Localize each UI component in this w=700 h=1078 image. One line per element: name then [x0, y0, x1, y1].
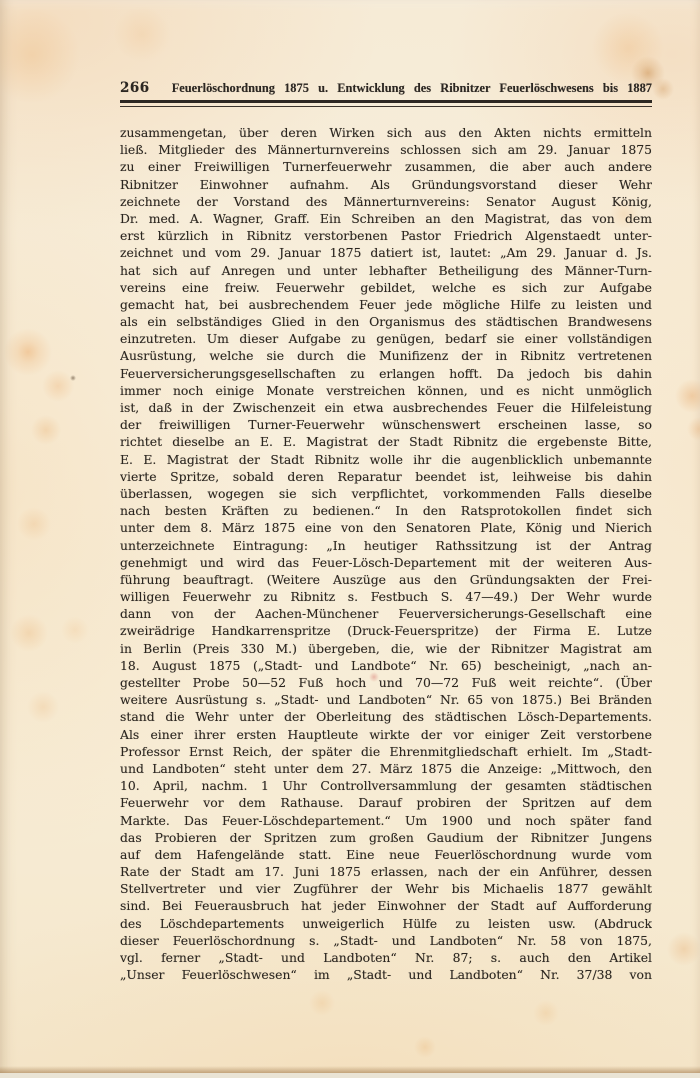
- text-line: richtet dieselbe an E. E. Magistrat der …: [120, 433, 652, 450]
- text-line: unterzeichnete Eintragung: „In heutiger …: [120, 537, 652, 554]
- text-line: zeichnet und vom 29. Januar 1875 datiert…: [120, 244, 652, 261]
- text-line: zu einer Freiwilligen Turnerfeuerwehr zu…: [120, 158, 652, 175]
- text-line: vereins eine freiw. Feuerwehr gebildet, …: [120, 279, 652, 296]
- text-line: das Probieren der Spritzen zum großen Ga…: [120, 829, 652, 846]
- header-rule-thick: [120, 100, 652, 103]
- text-line: Dr. med. A. Wagner, Graff. Ein Schreiben…: [120, 210, 652, 227]
- page-edge-shadow: [0, 1066, 700, 1073]
- text-line: einzutreten. Um dieser Aufgabe zu genüge…: [120, 330, 652, 347]
- text-line: führung beauftragt. (Weitere Auszüge aus…: [120, 571, 652, 588]
- text-line: willigen Feuerwehr zu Ribnitz s. Festbuc…: [120, 588, 652, 605]
- text-line: vgl. ferner „Stadt- und Landboten“ Nr. 8…: [120, 949, 652, 966]
- text-line: Feuerversicherungsgesellschaften zu erla…: [120, 365, 652, 382]
- text-line: Feuerwehr vor dem Rathause. Darauf probi…: [120, 794, 652, 811]
- text-line: Ausrüstung, welche sie durch die Munifiz…: [120, 347, 652, 364]
- text-line: „Unser Feuerlöschwesen“ im „Stadt- und L…: [120, 966, 652, 983]
- text-line: der freiwilligen Turner-Feuerwehr wünsch…: [120, 416, 652, 433]
- text-line: und Landboten“ steht unter dem 27. März …: [120, 760, 652, 777]
- text-line: Markte. Das Feuer-Löschdepartement.“ Um …: [120, 812, 652, 829]
- text-line: Ribnitzer Einwohner aufnahm. Als Gründun…: [120, 176, 652, 193]
- text-line: immer noch einige Monate verstreichen kö…: [120, 382, 652, 399]
- text-line: zeichnete der Vorstand des Männerturnver…: [120, 193, 652, 210]
- text-line: zusammengetan, über deren Wirken sich au…: [120, 124, 652, 141]
- text-line: E. E. Magistrat der Stadt Ribnitz wolle …: [120, 451, 652, 468]
- text-line: gemacht hat, bei ausbrechendem Feuer jed…: [120, 296, 652, 313]
- text-line: Stellvertreter und vier Zugführer der We…: [120, 880, 652, 897]
- text-line: Als einer ihrer ersten Hauptleute wirkte…: [120, 726, 652, 743]
- text-line: ließ. Mitglieder des Männerturnvereins s…: [120, 141, 652, 158]
- text-line: stand die Wehr unter der Oberleitung des…: [120, 708, 652, 725]
- page-number: 266: [120, 80, 150, 96]
- text-line: Professor Ernst Reich, der später die Eh…: [120, 743, 652, 760]
- text-line: erst kürzlich in Ribnitz verstorbenen Pa…: [120, 227, 652, 244]
- text-line: überlassen, wogegen sie sich verpflichte…: [120, 485, 652, 502]
- text-line: dieser Feuerlöschordnung s. „Stadt- und …: [120, 932, 652, 949]
- text-line: 10. April, nachm. 1 Uhr Controllversamml…: [120, 777, 652, 794]
- text-line: 18. August 1875 („Stadt- und Landbote“ N…: [120, 657, 652, 674]
- text-line: ist, daß in der Zwischenzeit ein etwa au…: [120, 399, 652, 416]
- text-line: vierte Spritze, sobald deren Reparatur b…: [120, 468, 652, 485]
- page-header: 266 Feuerlöschordnung 1875 u. Entwicklun…: [120, 80, 652, 98]
- text-line: Rate der Stadt am 17. Juni 1875 erlassen…: [120, 863, 652, 880]
- body-text: zusammengetan, über deren Wirken sich au…: [120, 124, 652, 983]
- scan-bottom-edge: [0, 1073, 700, 1078]
- text-line: genehmigt und wird das Feuer-Lösch-Depar…: [120, 554, 652, 571]
- text-line: in Berlin (Preis 330 M.) übergeben, die,…: [120, 640, 652, 657]
- text-line: hat sich auf Anregen und unter lebhafter…: [120, 262, 652, 279]
- running-title: Feuerlöschordnung 1875 u. Entwicklung de…: [172, 81, 652, 96]
- header-rule-thin: [120, 106, 652, 107]
- text-line: zweirädrige Handkarrenspritze (Druck-Feu…: [120, 622, 652, 639]
- text-line: dann von der Aachen-Münchener Feuerversi…: [120, 605, 652, 622]
- text-line: nach besten Kräften zu bedienen.“ In den…: [120, 502, 652, 519]
- text-line: weitere Ausrüstung s. „Stadt- und Landbo…: [120, 691, 652, 708]
- text-line: auf dem Hafengelände statt. Eine neue Fe…: [120, 846, 652, 863]
- text-line: als ein selbständiges Glied in den Organ…: [120, 313, 652, 330]
- text-line: unter dem 8. März 1875 eine von den Sena…: [120, 519, 652, 536]
- text-line: sind. Bei Feuerausbruch hat jeder Einwoh…: [120, 897, 652, 914]
- text-line: des Löschdepartements unweigerlich Hülfe…: [120, 915, 652, 932]
- scanned-book-page: 266 Feuerlöschordnung 1875 u. Entwicklun…: [0, 0, 700, 1078]
- text-line: gestellter Probe 50—52 Fuß hoch und 70—7…: [120, 674, 652, 691]
